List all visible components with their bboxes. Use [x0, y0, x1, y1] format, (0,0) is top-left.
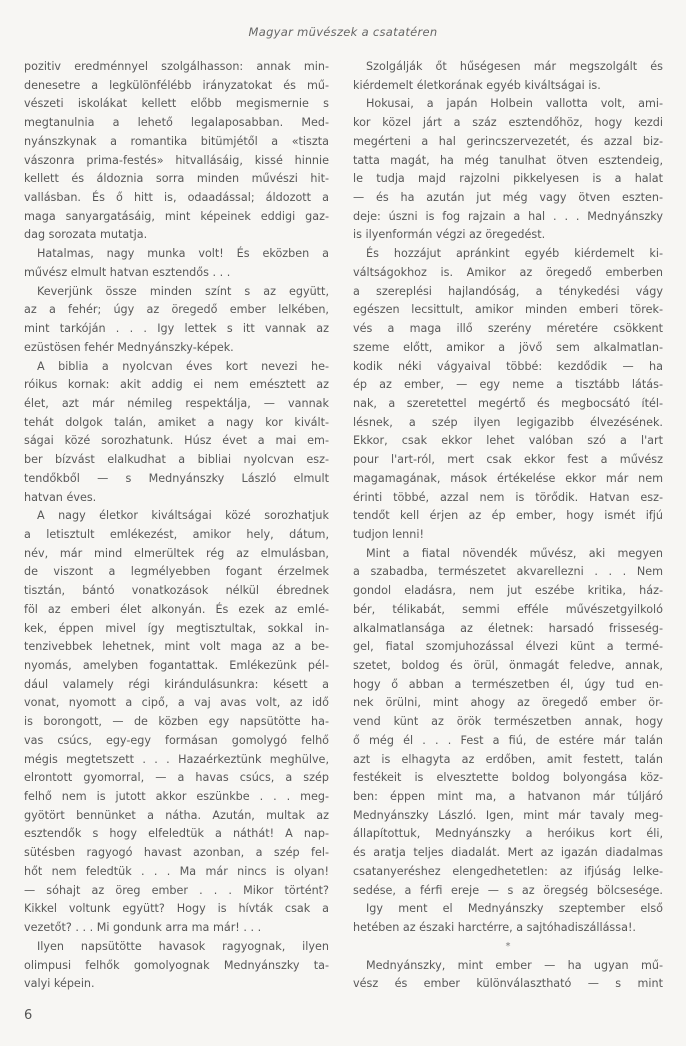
text-line: az a fehér; úgy az öregedő ember lelkébe…: [24, 301, 329, 320]
text-line: elrontott gyomorral, — a havas csúcs, a …: [24, 769, 329, 788]
text-line: Mednyánszky László. Igen, mint már taval…: [353, 807, 663, 826]
text-line: deje: úszni is fog rajzain a hal . . . M…: [353, 208, 663, 227]
text-line: Kikkel voltunk együtt? Hogy is hívták cs…: [24, 900, 329, 919]
text-line: ép az ember, — egy neme a tisztább látás…: [353, 376, 663, 395]
text-line: Szolgálják őt hűségesen már megszolgált …: [353, 58, 663, 77]
text-line: gondol eladásra, nem jut eszébe kritika,…: [353, 582, 663, 601]
text-line: tehát dolgok talán, amiket a nagy kor ki…: [24, 414, 329, 433]
text-line: magamagának, mások értékelése ekkor már …: [353, 470, 663, 489]
text-line: felhő nem is jutott akkor eszünkbe . . .…: [24, 788, 329, 807]
text-line: a szabadba, természetet akvarellezni . .…: [353, 563, 663, 582]
text-line: Ilyen napsütötte havasok ragyognak, ilye…: [24, 938, 329, 957]
text-line: kiérdemelt életkorának egyéb kiváltságai…: [353, 77, 663, 96]
text-line: mégis megtetszett . . . Hazaérkeztünk me…: [24, 751, 329, 770]
text-line: Igy ment el Mednyánszky szeptember első: [353, 900, 663, 919]
text-line: sütésben ragyogó havast azonban, a szép …: [24, 844, 329, 863]
text-line: élet, azt már némileg respektálja, — van…: [24, 395, 329, 414]
text-line: És hozzájut apránkint egyéb kiérdemelt k…: [353, 245, 663, 264]
text-line: ságai közé sorozhatunk. Húsz évet a mai …: [24, 432, 329, 451]
text-line: tenzivebbek lehetnek, mint volt maga az …: [24, 638, 329, 657]
text-line: róikus kornak: akit addig ei nem emészte…: [24, 376, 329, 395]
text-line: hetében az északi harctérre, a sajtóhadi…: [353, 919, 663, 938]
text-line: kodik néki vágyaival többé: kezdődik — h…: [353, 358, 663, 377]
text-line: hőt nem feledtük . . . Ma már nincs is o…: [24, 863, 329, 882]
text-line: kellett és áldoznia sorra minden művészi…: [24, 170, 329, 189]
text-line: pour l'art-ról, mert csak ekkor fest a m…: [353, 451, 663, 470]
text-line: ber bízvást elalkudhat a bibliai nyolcva…: [24, 451, 329, 470]
text-line: A biblia a nyolcvan éves kort nevezi he-: [24, 358, 329, 377]
running-header-title: Magyar müvészek a csatatéren: [0, 25, 686, 39]
text-line: Ekkor, csak ekkor lehet valóban szó a l'…: [353, 432, 663, 451]
text-line: esztendők s hogy elfeledtük a náthát! A …: [24, 825, 329, 844]
text-line: ben: éppen mint ma, a hatvanon már túljá…: [353, 788, 663, 807]
right-text-column: Szolgálják őt hűségesen már megszolgált …: [353, 58, 663, 994]
text-line: tudjon lenni!: [353, 526, 663, 545]
text-line: vezetőt? . . . Mi gondunk arra ma már! .…: [24, 919, 329, 938]
text-line: egészen lecsittult, amikor minden emberi…: [353, 301, 663, 320]
text-line: nak, a szeretettel megértő és megbocsátó…: [353, 395, 663, 414]
text-line: gel, fiatal szomjuhozással élvezi künt a…: [353, 638, 663, 657]
text-line: lésnek, a szép ilyen legigazibb élvezésé…: [353, 414, 663, 433]
text-line: megérteni a hal gerincszervezetét, és az…: [353, 133, 663, 152]
text-line: állapítottuk, Mednyánszky a heróikus kor…: [353, 825, 663, 844]
text-line: maga sanyargatásáig, mint képeinek eddig…: [24, 208, 329, 227]
text-line: érinti többé, azzal nem is törődik. Hatv…: [353, 489, 663, 508]
text-line: ő még él . . . Fest a fiú, de estére már…: [353, 732, 663, 751]
text-line: megtanulnia a lehető legalaposabban. Med…: [24, 114, 329, 133]
page-number: 6: [24, 1008, 32, 1023]
text-line: dául valamely régi kirándulásunkra: kése…: [24, 676, 329, 695]
text-line: valyi képein.: [24, 975, 329, 994]
text-line: kor közel járt a száz esztendőhöz, hogy …: [353, 114, 663, 133]
text-line: váltságokhoz is. Amikor az öregedő ember…: [353, 264, 663, 283]
text-line: csatanyeréshez elengedhetetlen: az ifjús…: [353, 863, 663, 882]
text-line: vas csúcs, egy-egy formásan gomolygó fel…: [24, 732, 329, 751]
text-line: Hokusai, a japán Holbein vallotta volt, …: [353, 95, 663, 114]
text-line: Keverjünk össze minden színt s az együtt…: [24, 283, 329, 302]
text-line: azt is elhagyta az erdőben, amit festett…: [353, 751, 663, 770]
text-line: pozitiv eredménnyel szolgálhasson: annak…: [24, 58, 329, 77]
text-line: is ilyenformán végzi az öregedést.: [353, 226, 663, 245]
text-line: de viszont a legmélyebben fogant érzelme…: [24, 563, 329, 582]
text-line: ezüstösen fehér Mednyánszky-képek.: [24, 339, 329, 358]
text-line: le tudja majd rajzolni pikkelyesen is a …: [353, 170, 663, 189]
text-line: szetet, boldog és örül, önmagát feledve,…: [353, 657, 663, 676]
text-line: — és ha azután jut még vagy ötven eszten…: [353, 189, 663, 208]
text-line: denesetre a legkülönfélébb irányzatokat …: [24, 77, 329, 96]
text-line: festékeit is elvesztette boldog bolyongá…: [353, 769, 663, 788]
text-line: hogy ő abban a természetben él, úgy tud …: [353, 676, 663, 695]
text-line: — sóhajt az öreg ember . . . Mikor törté…: [24, 882, 329, 901]
text-line: Hatalmas, nagy munka volt! És eközben a: [24, 245, 329, 264]
text-line: olimpusi felhők gomolyognak Mednyánszky …: [24, 957, 329, 976]
text-line: a letisztult emlékezést, amikor hely, dá…: [24, 526, 329, 545]
text-line: Mednyánszky, mint ember — ha ugyan mű-: [353, 957, 663, 976]
left-text-column: pozitiv eredménnyel szolgálhasson: annak…: [24, 58, 329, 994]
text-line: tendőkből — s Mednyánszky László elmult: [24, 470, 329, 489]
text-line: művész elmult hatvan esztendős . . .: [24, 264, 329, 283]
text-line: föl az emberi élet alkonyán. És ezek az …: [24, 601, 329, 620]
text-line: bér, télikabát, semmi efféle művészetgyi…: [353, 601, 663, 620]
text-line: A nagy életkor kiváltságai közé sorozhat…: [24, 507, 329, 526]
text-line: tisztán, bántó vonatkozások nélkül ébred…: [24, 582, 329, 601]
text-line: vészeti iskolákat kellett előbb megismer…: [24, 95, 329, 114]
text-line: kek, éppen mivel így megtisztultak, sokk…: [24, 620, 329, 639]
text-line: sedése, a férfi ereje — s az öregség böl…: [353, 882, 663, 901]
text-line: nyánszkynak a romantika bitümjétől a «ti…: [24, 133, 329, 152]
text-line: dag sorozata mutatja.: [24, 226, 329, 245]
text-line: vonat, nyomott a cipő, a vaj avas volt, …: [24, 694, 329, 713]
text-line: hatvan éves.: [24, 489, 329, 508]
text-line: vész és ember különválasztható — s mint: [353, 975, 663, 994]
text-line: tendőt kell érjen az ép ember, hogy ismé…: [353, 507, 663, 526]
text-line: mint tarkóján . . . Igy lettek s itt van…: [24, 320, 329, 339]
text-line: alkalmatlansága az életnek: harsadó fris…: [353, 620, 663, 639]
text-line: tatta magát, ha még tanulhat ötven eszte…: [353, 152, 663, 171]
text-line: nyomás, amelyben fogantattak. Emlékezünk…: [24, 657, 329, 676]
section-divider-asterisk: *: [353, 938, 663, 957]
text-line: szeme előtt, amikor a jövő sem alkalmatl…: [353, 339, 663, 358]
text-line: vend künt az örök természetben annak, ho…: [353, 713, 663, 732]
text-line: és aratja teljes diadalát. Mert az igazá…: [353, 844, 663, 863]
text-line: vallásban. És ő hitt is, odaadással; áld…: [24, 189, 329, 208]
text-line: név, már mind elmerültek rég az elmulásb…: [24, 545, 329, 564]
text-line: vászonra prima-festés» hitvallásáig, kis…: [24, 152, 329, 171]
text-line: vés a maga illő szerény méretére csökken…: [353, 320, 663, 339]
text-line: Mint a fiatal növendék művész, aki megye…: [353, 545, 663, 564]
text-line: a szereplési hajlandóság, a ténykedési v…: [353, 283, 663, 302]
text-line: nek örülni, mint ahogy az öregedő ember …: [353, 694, 663, 713]
text-line: is borongott, — de közben egy napsütötte…: [24, 713, 329, 732]
text-line: gyötört bennünket a nátha. Azután, multa…: [24, 807, 329, 826]
